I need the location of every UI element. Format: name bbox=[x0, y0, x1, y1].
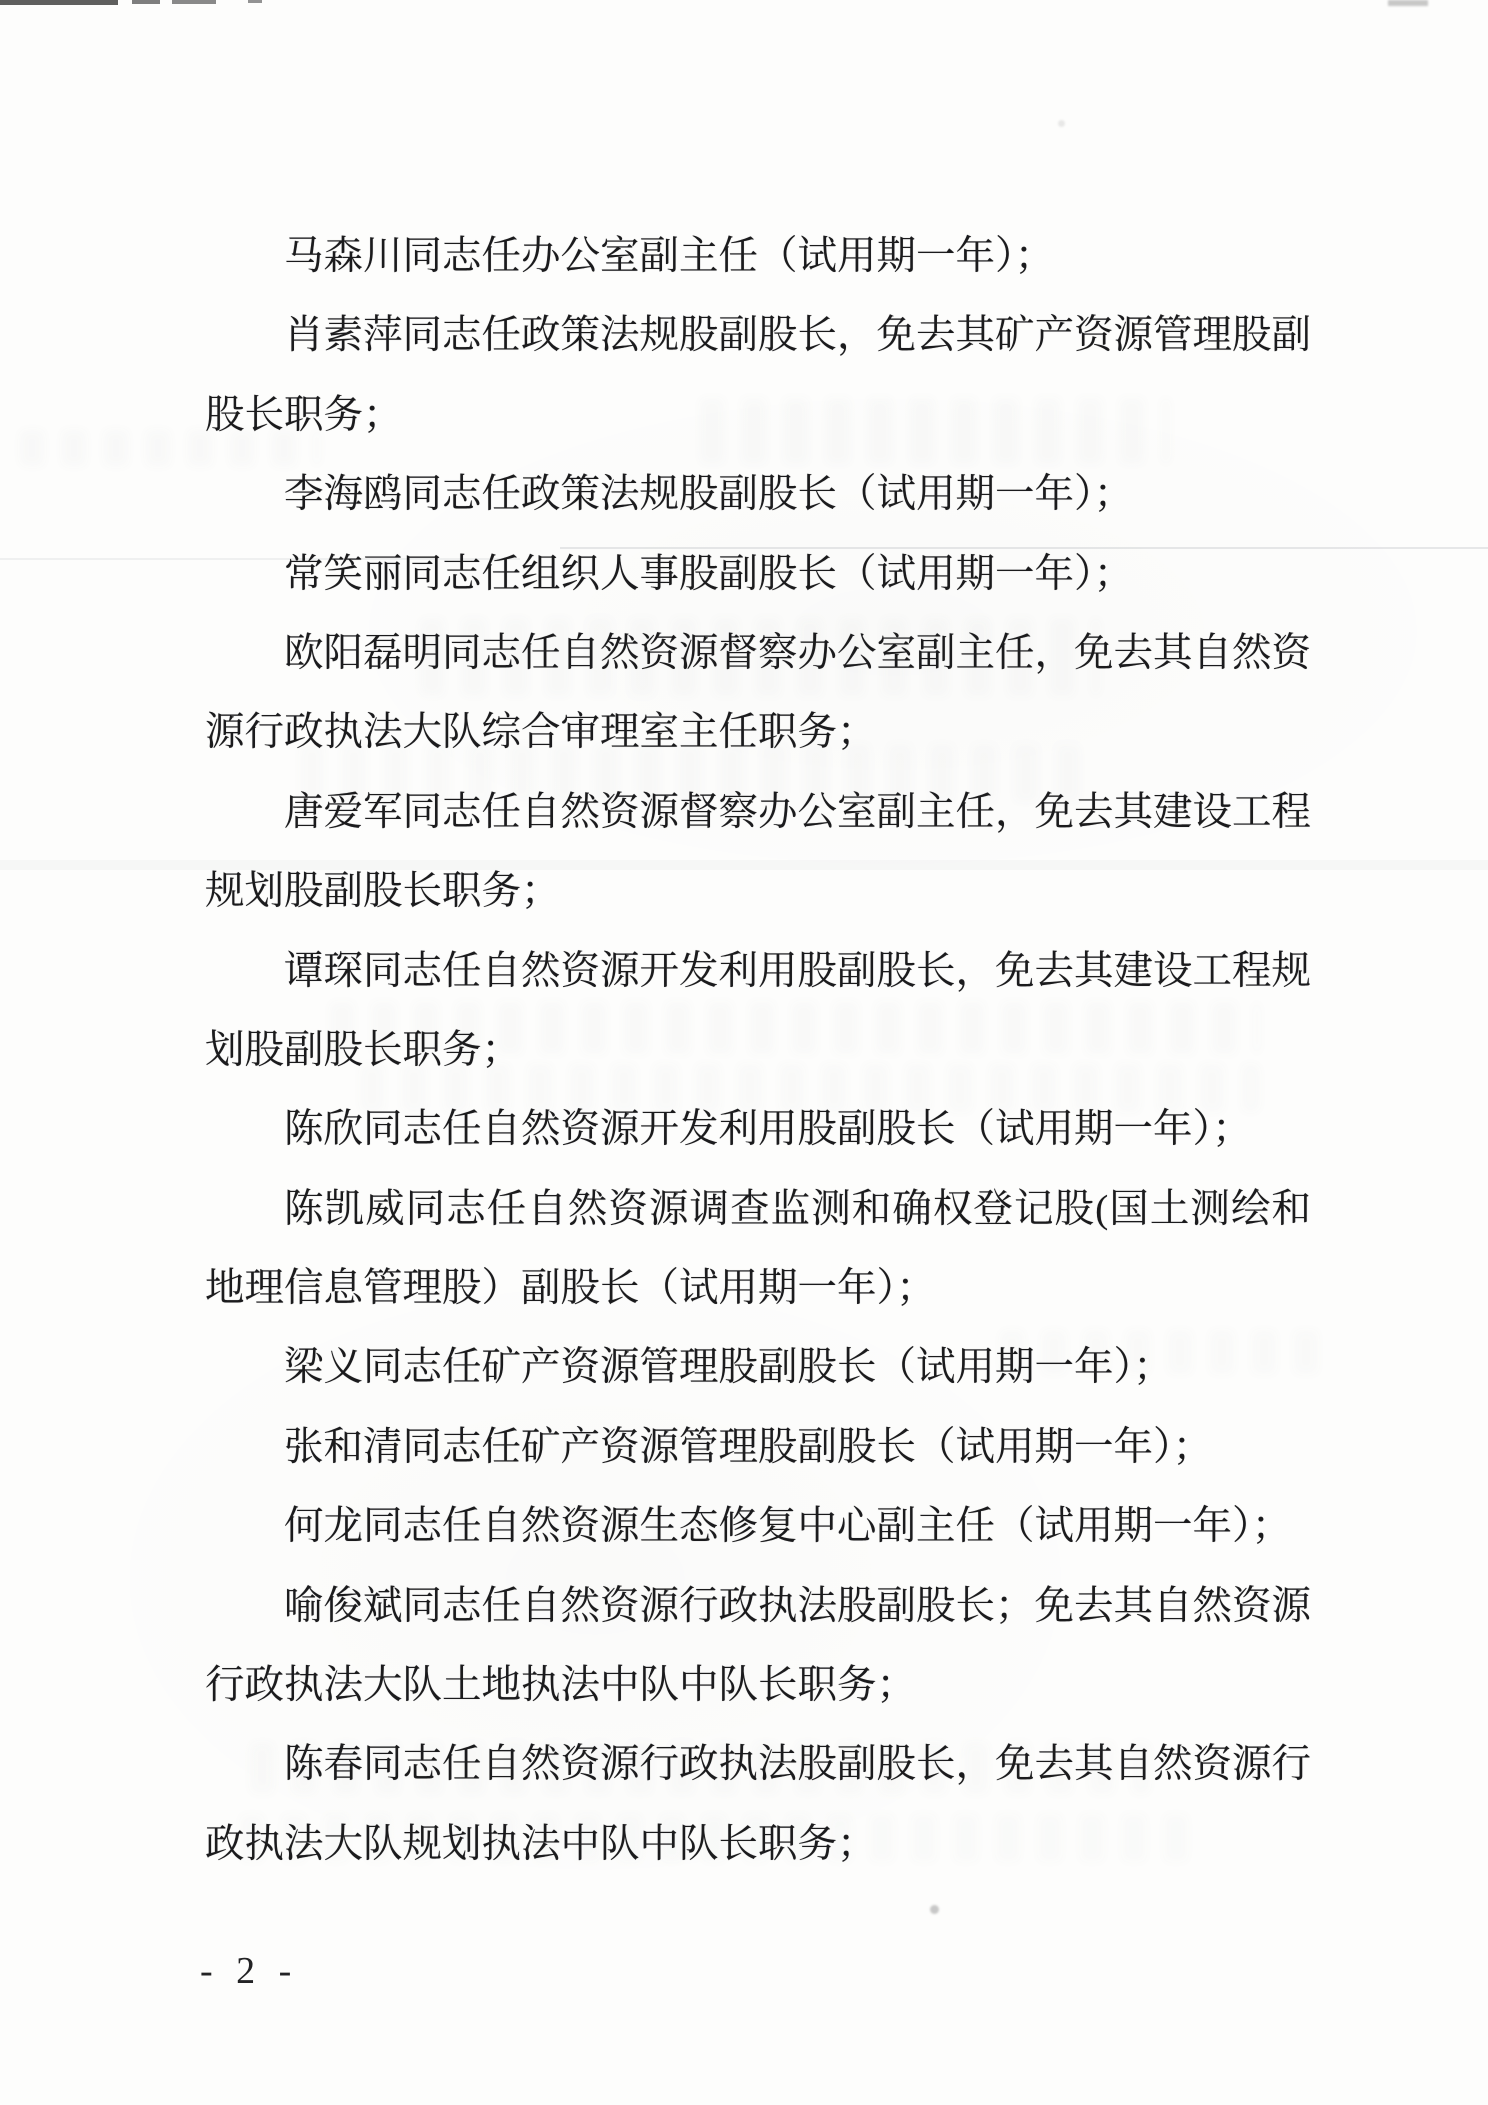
scanned-document-page: 马森川同志任办公室副主任（试用期一年）； 肖素萍同志任政策法规股副股长，免去其矿… bbox=[0, 0, 1488, 2105]
doc-line: 李海鸥同志任政策法规股副股长（试用期一年）； bbox=[205, 455, 1311, 534]
doc-line: 梁义同志任矿产资源管理股副股长（试用期一年）； bbox=[205, 1328, 1311, 1407]
doc-line: 行政执法大队土地执法中队中队长职务； bbox=[205, 1646, 1311, 1725]
doc-line: 谭琛同志任自然资源开发利用股副股长，免去其建设工程规 bbox=[205, 932, 1311, 1011]
doc-line: 陈欣同志任自然资源开发利用股副股长（试用期一年）； bbox=[205, 1090, 1311, 1169]
doc-line: 政执法大队规划执法中队中队长职务； bbox=[205, 1805, 1311, 1884]
doc-line: 股长职务； bbox=[205, 376, 1311, 455]
doc-line: 张和清同志任矿产资源管理股副股长（试用期一年）； bbox=[205, 1408, 1311, 1487]
scan-speck bbox=[1058, 120, 1065, 127]
doc-line: 常笑丽同志任组织人事股副股长（试用期一年）； bbox=[205, 535, 1311, 614]
doc-line: 何龙同志任自然资源生态修复中心副主任（试用期一年）； bbox=[205, 1487, 1311, 1566]
doc-line: 陈春同志任自然资源行政执法股副股长，免去其自然资源行 bbox=[205, 1725, 1311, 1804]
scan-edge-mark bbox=[132, 0, 160, 4]
document-body: 马森川同志任办公室副主任（试用期一年）； 肖素萍同志任政策法规股副股长，免去其矿… bbox=[205, 217, 1311, 1884]
doc-line: 欧阳磊明同志任自然资源督察办公室副主任，免去其自然资 bbox=[205, 614, 1311, 693]
scan-edge-mark bbox=[248, 0, 262, 3]
doc-line: 马森川同志任办公室副主任（试用期一年）； bbox=[205, 217, 1311, 296]
doc-line: 肖素萍同志任政策法规股副股长，免去其矿产资源管理股副 bbox=[205, 296, 1311, 375]
doc-line: 唐爱军同志任自然资源督察办公室副主任，免去其建设工程 bbox=[205, 773, 1311, 852]
doc-line: 地理信息管理股）副股长（试用期一年）； bbox=[205, 1249, 1311, 1328]
doc-line: 喻俊斌同志任自然资源行政执法股副股长；免去其自然资源 bbox=[205, 1567, 1311, 1646]
scan-speck bbox=[930, 1905, 939, 1914]
scan-edge-mark bbox=[172, 0, 216, 4]
doc-line: 陈凯威同志任自然资源调查监测和确权登记股(国土测绘和 bbox=[205, 1170, 1311, 1249]
doc-line: 划股副股长职务； bbox=[205, 1011, 1311, 1090]
doc-line: 规划股副股长职务； bbox=[205, 852, 1311, 931]
doc-line: 源行政执法大队综合审理室主任职务； bbox=[205, 693, 1311, 772]
scan-edge-mark bbox=[0, 0, 118, 5]
scan-edge-mark bbox=[1388, 0, 1428, 6]
page-number: - 2 - bbox=[200, 1949, 298, 1993]
